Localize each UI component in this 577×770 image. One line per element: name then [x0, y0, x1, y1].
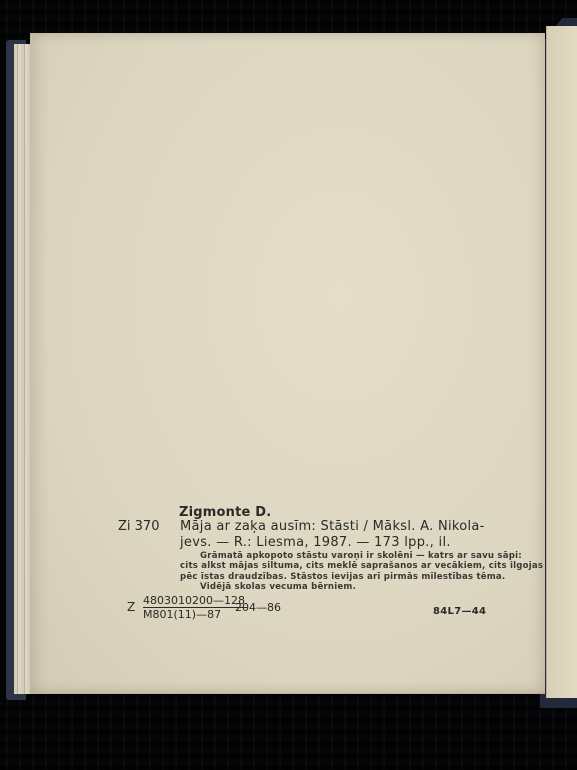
annotation-line-4: Vidējā skolas vecuma bērniem. [200, 582, 356, 593]
index-numerator: 4803010200—128 [143, 594, 247, 608]
catalog-title-line-1: Māja ar zaķa ausīm: Stāsti / Māksl. A. N… [180, 519, 485, 534]
index-suffix: 204—86 [235, 601, 281, 614]
annotation-line-2: cits alkst mājas siltuma, cits meklē sap… [180, 561, 543, 572]
classification-code: 84L7—44 [433, 606, 486, 617]
catalog-call-number: Zi 370 [118, 519, 159, 534]
catalog-title-line-2: jevs. — R.: Liesma, 1987. — 173 lpp., il… [180, 535, 451, 550]
index-fraction: 4803010200—128 M801(11)—87 [143, 594, 247, 621]
annotation-line-3: pēc īstas draudzības. Stāstos ievijas ar… [180, 572, 505, 583]
book-page: Zigmonte D. Zi 370 Māja ar zaķa ausīm: S… [30, 33, 545, 694]
index-denominator: M801(11)—87 [143, 608, 247, 621]
facing-page [546, 26, 577, 698]
index-prefix: Z [127, 600, 135, 614]
annotation-line-1: Grāmatā apkopoto stāstu varoņi ir skolēn… [200, 551, 522, 562]
catalog-author: Zigmonte D. [179, 505, 271, 520]
